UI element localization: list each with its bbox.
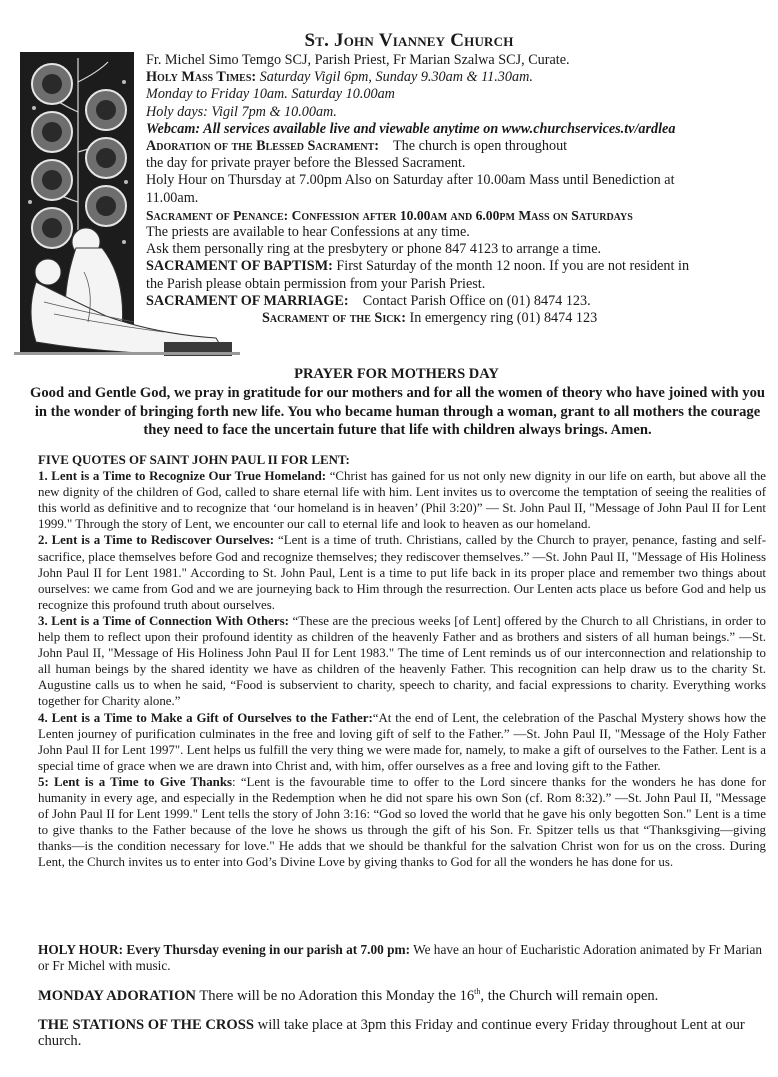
lent-quotes: FIVE QUOTES OF SAINT JOHN PAUL II FOR LE… bbox=[38, 452, 766, 870]
mass-times: Holy Mass Times: Saturday Vigil 6pm, Sun… bbox=[146, 69, 766, 86]
monday-label: MONDAY ADORATION bbox=[38, 988, 196, 1004]
parish-info: Fr. Michel Simo Temgo SCJ, Parish Priest… bbox=[146, 52, 766, 327]
quote-item: 4. Lent is a Time to Make a Gift of Ours… bbox=[38, 710, 766, 774]
title-part-2: Vianney Church bbox=[379, 30, 514, 51]
baptism-value: First Saturday of the month 12 noon. If … bbox=[336, 258, 689, 274]
quote-text: “These are the precious weeks [of Lent] … bbox=[38, 614, 766, 708]
mass-times-value: Saturday Vigil 6pm, Sunday 9.30am & 11.3… bbox=[260, 69, 533, 85]
marriage-label: SACRAMENT OF MARRIAGE: bbox=[146, 293, 349, 309]
quote-item: 3. Lent is a Time of Connection With Oth… bbox=[38, 613, 766, 710]
adoration-value: The church is open throughout bbox=[393, 138, 567, 154]
monday-text-before: There will be no Adoration this Monday t… bbox=[196, 988, 474, 1004]
holy-days: Holy days: Vigil 7pm & 10.00am. bbox=[146, 104, 766, 121]
quote-text: : “Lent is the favourable time to offer … bbox=[38, 775, 766, 869]
penance-line-2: The priests are available to hear Confes… bbox=[146, 224, 766, 241]
monday-text-after: , the Church will remain open. bbox=[480, 988, 658, 1004]
adoration-line-2: the day for private prayer before the Bl… bbox=[146, 155, 766, 172]
adoration-line-3: Holy Hour on Thursday at 7.00pm Also on … bbox=[146, 172, 766, 189]
baptism: SACRAMENT OF BAPTISM: First Saturday of … bbox=[146, 258, 766, 275]
page-title: St. John Vianney Church bbox=[0, 30, 778, 52]
stations-notice: THE STATIONS OF THE CROSS will take plac… bbox=[38, 1017, 766, 1050]
clergy: Fr. Michel Simo Temgo SCJ, Parish Priest… bbox=[146, 52, 766, 69]
adoration-line-4: 11.00am. bbox=[146, 190, 766, 207]
stations-label: THE STATIONS OF THE CROSS bbox=[38, 1017, 254, 1033]
title-part-1: St. John bbox=[304, 30, 373, 51]
holy-hour-label: HOLY HOUR: Every Thursday evening in our… bbox=[38, 942, 410, 957]
prayer-text: Good and Gentle God, we pray in gratitud… bbox=[30, 384, 765, 440]
weekday-times: Monday to Friday 10am. Saturday 10.00am bbox=[146, 86, 766, 103]
quote-item: 5: Lent is a Time to Give Thanks: “Lent … bbox=[38, 774, 766, 871]
quote-item: 1. Lent is a Time to Recognize Our True … bbox=[38, 468, 766, 532]
notices: HOLY HOUR: Every Thursday evening in our… bbox=[38, 942, 766, 1062]
quotes-heading: FIVE QUOTES OF SAINT JOHN PAUL II FOR LE… bbox=[38, 452, 766, 468]
baptism-label: SACRAMENT OF BAPTISM: bbox=[146, 258, 333, 274]
sick-value: In emergency ring (01) 8474 123 bbox=[409, 310, 597, 326]
quote-label: 3. Lent is a Time of Connection With Oth… bbox=[38, 614, 289, 628]
prayer-title: PRAYER FOR MOTHERS DAY bbox=[0, 366, 778, 383]
penance-line-3: Ask them personally ring at the presbyte… bbox=[146, 241, 766, 258]
baptism-line-2: the Parish please obtain permission from… bbox=[146, 276, 766, 293]
holy-hour-notice: HOLY HOUR: Every Thursday evening in our… bbox=[38, 942, 766, 975]
quote-label: 2. Lent is a Time to Rediscover Ourselve… bbox=[38, 533, 274, 547]
webcam-info: Webcam: All services available live and … bbox=[146, 121, 766, 138]
quote-label: 1. Lent is a Time to Recognize Our True … bbox=[38, 469, 326, 483]
sick-label: Sacrament of the Sick: bbox=[262, 310, 406, 326]
adoration: Adoration of the Blessed Sacrament: The … bbox=[146, 138, 766, 155]
quote-label: 4. Lent is a Time to Make a Gift of Ours… bbox=[38, 711, 373, 725]
quote-item: 2. Lent is a Time to Rediscover Ourselve… bbox=[38, 532, 766, 612]
marriage-value: Contact Parish Office on (01) 8474 123. bbox=[363, 293, 591, 309]
mass-times-label: Holy Mass Times: bbox=[146, 69, 256, 85]
marriage: SACRAMENT OF MARRIAGE: Contact Parish Of… bbox=[146, 293, 766, 310]
adoration-label: Adoration of the Blessed Sacrament: bbox=[146, 138, 379, 154]
monday-adoration-notice: MONDAY ADORATION There will be no Adorat… bbox=[38, 988, 766, 1004]
quote-label: 5: Lent is a Time to Give Thanks bbox=[38, 775, 232, 789]
sick: Sacrament of the Sick: In emergency ring… bbox=[146, 310, 766, 327]
penance-label: Sacrament of Penance: Confession after 1… bbox=[146, 207, 766, 224]
